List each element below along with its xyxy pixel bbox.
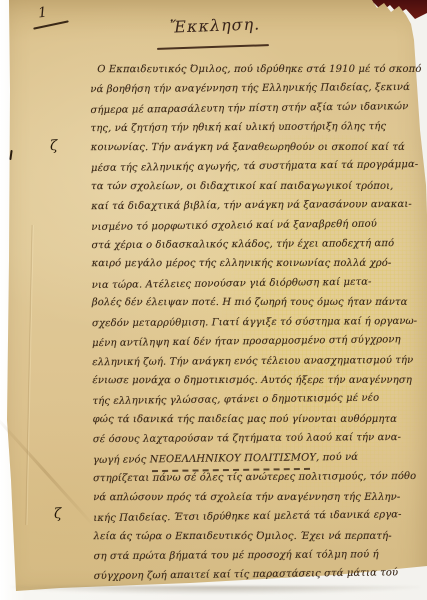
margin-mark-top: ζ — [49, 138, 58, 154]
scanned-manuscript-page: 1 Ἔκκληση. ζ ζ Ο Εκπαιδευτικός Όμιλος, π… — [0, 0, 427, 600]
manuscript-line: βολές δέν έλειψαν ποτέ. Η πιό ζωηρή τους… — [92, 293, 424, 313]
manuscript-line: καιρό μεγάλο μέρος τής ελληνικής κοινωνί… — [92, 254, 424, 274]
paper-bottom-shadow — [10, 586, 420, 594]
manuscript-line: Ο Εκπαιδευτικός Όμιλος, πού ιδρύθηκε στά… — [90, 60, 422, 80]
manuscript-line: στά χέρια ο διδασκαλικός κλάδος, τήν έχε… — [91, 234, 423, 256]
manuscript-line: νισμένο τό μορφωτικό σχολειό καί νά ξανα… — [91, 213, 423, 236]
manuscript-line: ικής Παιδείας. Έτσι ιδρύθηκε καί μελετά … — [93, 505, 425, 528]
manuscript-line: τής ελληνικής γλώσσας, φτάνει ο δημοτικι… — [92, 388, 424, 411]
manuscript-line: λεία άς τώρα ο Εκπαιδευτικός Όμιλος. Έχε… — [93, 526, 425, 546]
manuscript-line: ελληνική ζωή. Τήν ανάγκη ενός τέλειου αν… — [92, 350, 424, 372]
manuscript-line: νά απλώσουν πρός τά σχολεία τήν αναγέννη… — [93, 487, 425, 507]
manuscript-line: φώς τά ιδανικά τής παιδείας μας πού γίνο… — [93, 410, 425, 430]
manuscript-line: νια τώρα. Ατέλειες πονούσαν γιά διόρθωση… — [92, 272, 424, 295]
manuscript-body: Ο Εκπαιδευτικός Όμιλος, πού ιδρύθηκε στά… — [90, 59, 426, 586]
manuscript-line: μέσα τής ελληνικής αγωγής, τά συστήματα … — [91, 155, 423, 178]
manuscript-line: γωγή ενός ΝΕΟΕΛΛΗΝΙΚΟΥ ΠΟΛΙΤΙΣΜΟΥ, πού ν… — [93, 447, 425, 470]
page-number: 1 — [37, 5, 48, 22]
manuscript-line: καί τά διδαχτικά βιβλία, τήν ανάγκη νά ξ… — [91, 195, 423, 217]
margin-mark-bottom: ζ — [53, 506, 62, 522]
manuscript-line: της, νά ζητήση τήν ηθική καί υλική υποστ… — [91, 117, 423, 139]
manuscript-line: σήμερα μέ απαρασάλευτη τήν πίστη στήν αξ… — [90, 97, 422, 120]
manuscript-line: τα τών σχολείων, οι διδαχτικοί καί παιδα… — [91, 176, 423, 196]
manuscript-line: σύγχρονη ζωή απαιτεί καί τίς παραστάσεις… — [94, 563, 426, 586]
manuscript-line: κοινωνίας. Τήν ανάγκη νά ξαναθεωρηθούν ο… — [91, 138, 423, 158]
